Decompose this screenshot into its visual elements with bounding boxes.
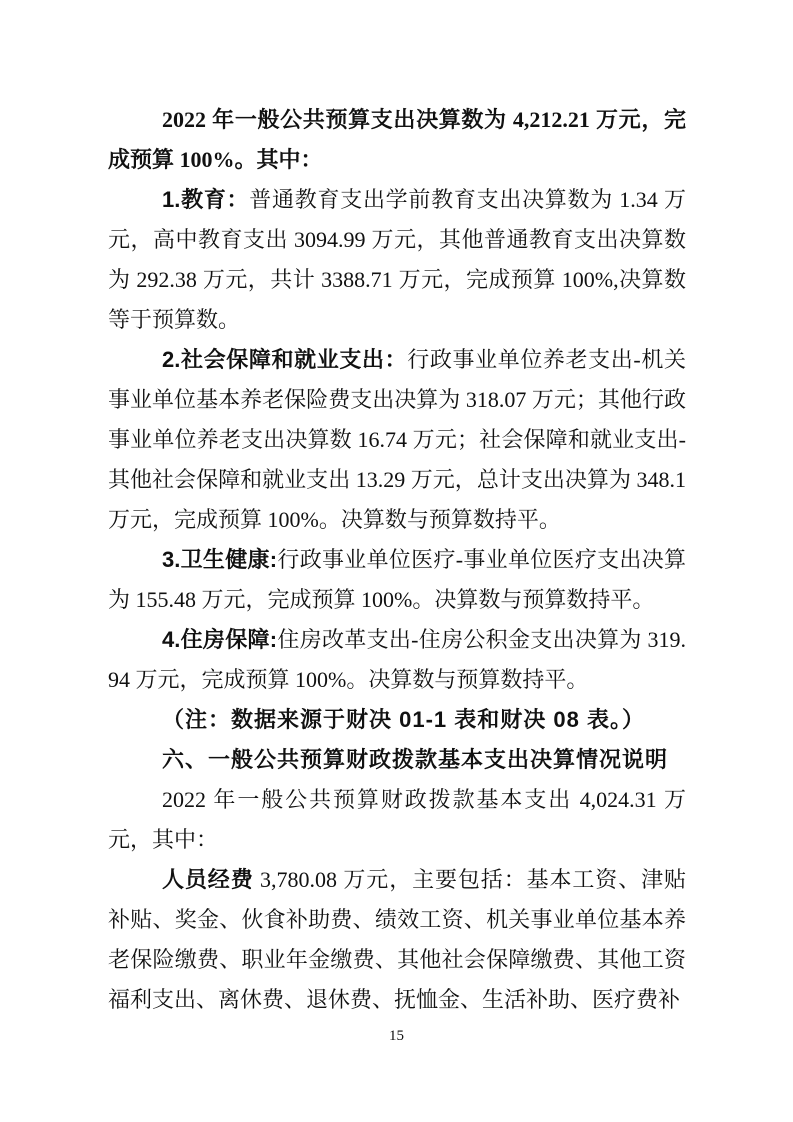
section-heading-six: 六、一般公共预算财政拨款基本支出决算情况说明 <box>108 740 686 780</box>
paragraph-budget-expenditure-summary: 2022 年一般公共预算支出决算数为 4,212.21 万元，完成预算 100%… <box>108 100 686 180</box>
paragraph-education-lead: 1.教育： <box>162 187 249 212</box>
paragraph-personnel-funds: 人员经费 3,780.08 万元，主要包括：基本工资、津贴补贴、奖金、伙食补助费… <box>108 860 686 1020</box>
paragraph-health-lead: 3.卫生健康: <box>162 547 277 572</box>
document-page: 2022 年一般公共预算支出决算数为 4,212.21 万元，完成预算 100%… <box>0 0 793 1122</box>
paragraph-health: 3.卫生健康:行政事业单位医疗-事业单位医疗支出决算为 155.48 万元，完成… <box>108 540 686 620</box>
paragraph-social-security: 2.社会保障和就业支出：行政事业单位养老支出-机关事业单位基本养老保险费支出决算… <box>108 340 686 540</box>
paragraph-personnel-funds-lead: 人员经费 <box>162 867 254 892</box>
paragraph-fiscal-basic-expenditure: 2022 年一般公共预算财政拨款基本支出 4,024.31 万元，其中： <box>108 780 686 860</box>
paragraph-social-security-text: 行政事业单位养老支出-机关事业单位基本养老保险费支出决算为 318.07 万元；… <box>108 347 686 532</box>
document-body: 2022 年一般公共预算支出决算数为 4,212.21 万元，完成预算 100%… <box>108 100 686 1020</box>
paragraph-education: 1.教育：普通教育支出学前教育支出决算数为 1.34 万元，高中教育支出 309… <box>108 180 686 340</box>
paragraph-social-security-lead: 2.社会保障和就业支出： <box>162 347 407 372</box>
paragraph-housing: 4.住房保障:住房改革支出-住房公积金支出决算为 319.94 万元，完成预算 … <box>108 620 686 700</box>
paragraph-housing-lead: 4.住房保障: <box>162 627 277 652</box>
page-number: 15 <box>0 1026 793 1046</box>
note-data-source: （注：数据来源于财决 01-1 表和财决 08 表。） <box>108 700 686 740</box>
